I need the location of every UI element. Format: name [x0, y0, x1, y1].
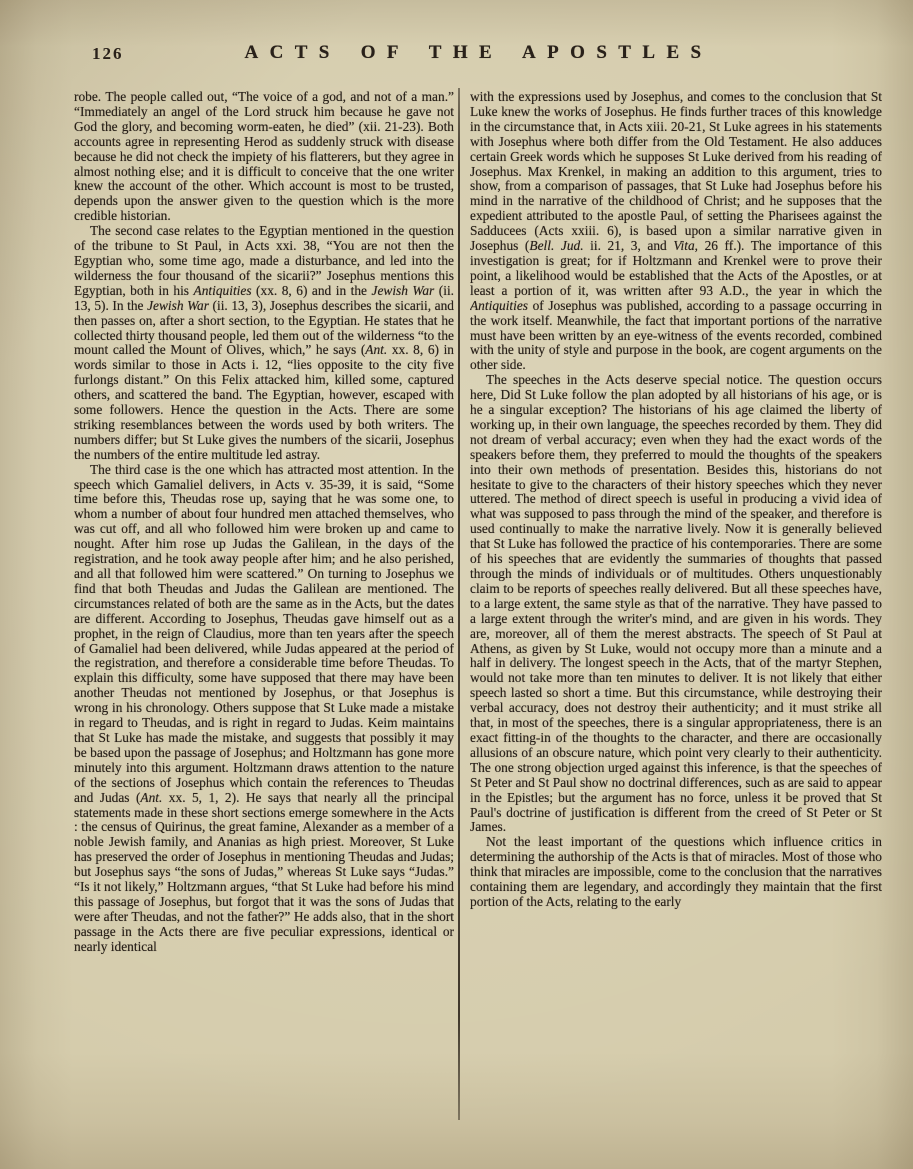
paragraph: robe. The people called out, “The voice …	[74, 90, 454, 224]
running-header: ACTS OF THE APOSTLES	[0, 42, 913, 64]
paragraph: Not the least important of the questions…	[470, 835, 882, 910]
paragraph: with the expressions used by Josephus, a…	[470, 90, 882, 373]
paragraph: The second case relates to the Egyptian …	[74, 224, 454, 463]
page-title: ACTS OF THE APOSTLES	[244, 42, 712, 63]
column-divider	[458, 88, 460, 1120]
book-page: 126 ACTS OF THE APOSTLES robe. The peopl…	[0, 0, 913, 1169]
left-column: robe. The people called out, “The voice …	[74, 90, 454, 1130]
right-column: with the expressions used by Josephus, a…	[470, 90, 882, 1130]
paragraph: The third case is the one which has attr…	[74, 463, 454, 955]
paragraph: The speeches in the Acts deserve special…	[470, 373, 882, 835]
